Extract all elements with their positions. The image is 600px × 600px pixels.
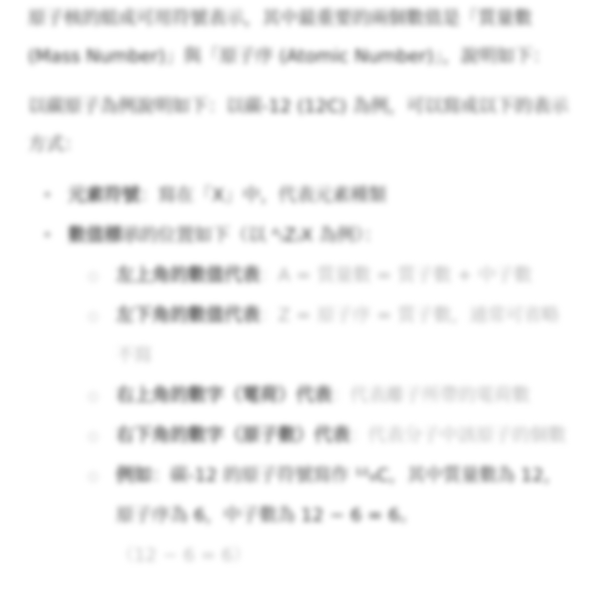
- document-body: 原子核的組成可用符號表示，其中最重要的兩個數值是「質量數 (Mass Numbe…: [0, 0, 600, 576]
- sub-bullet-text: ：碳-12 的原子符號寫作 ¹²₆C，其中質量數為 12，原子序為 6，中子數為…: [116, 465, 562, 526]
- sub-bullet-label: 左上角的數值代表: [116, 265, 260, 286]
- bullet-label: 數值標示: [68, 225, 140, 246]
- bullet-text: 的位置如下（以 ᴬ₍Z₎X 為例）：: [140, 225, 382, 246]
- sub-bullet-text: ：代表離子所帶的電荷數: [332, 385, 530, 406]
- bullet-label: 元素符號: [68, 185, 140, 206]
- sub-bullet-item: 左上角的數值代表：A = 質量數 = 質子數 + 中子數: [28, 256, 572, 296]
- sub-bullet-list: 左上角的數值代表：A = 質量數 = 質子數 + 中子數 左下角的數值代表：Z …: [28, 256, 572, 536]
- intro-paragraph: 原子核的組成可用符號表示，其中最重要的兩個數值是「質量數 (Mass Numbe…: [28, 0, 572, 76]
- sub-bullet-label: 左下角的數值代表: [116, 305, 260, 326]
- sub-bullet-label: 右下角的數字（原子數）代表: [116, 425, 350, 446]
- example-paragraph: 以碳原子為例說明如下：以碳-12 (12C) 為例，可以寫成以下的表示方式：: [28, 88, 572, 164]
- sub-bullet-label: 右上角的數字（電荷）代表: [116, 385, 332, 406]
- bullet-item: 元素符號：寫在「X」中，代表元素種類: [28, 176, 572, 216]
- sub-bullet-item: 右上角的數字（電荷）代表：代表離子所帶的電荷數: [28, 376, 572, 416]
- sub-bullet-text: ：A = 質量數 = 質子數 + 中子數: [260, 265, 532, 286]
- bullet-text: ：寫在「X」中，代表元素種類: [140, 185, 386, 206]
- sub-bullet-item: 左下角的數值代表：Z = 原子序 = 質子數，通常可省略不寫: [28, 296, 572, 376]
- sub-bullet-item: 右下角的數字（原子數）代表：代表分子中該原子的個數: [28, 416, 572, 456]
- bullet-item: 數值標示的位置如下（以 ᴬ₍Z₎X 為例）：: [28, 216, 572, 256]
- sub-bullet-label: 例如: [116, 465, 152, 486]
- continuation-text: （12 − 6 = 6）: [28, 536, 572, 576]
- bullet-list: 元素符號：寫在「X」中，代表元素種類 數值標示的位置如下（以 ᴬ₍Z₎X 為例）…: [28, 176, 572, 256]
- sub-bullet-text: ：代表分子中該原子的個數: [350, 425, 566, 446]
- sub-bullet-item: 例如：碳-12 的原子符號寫作 ¹²₆C，其中質量數為 12，原子序為 6，中子…: [28, 456, 572, 536]
